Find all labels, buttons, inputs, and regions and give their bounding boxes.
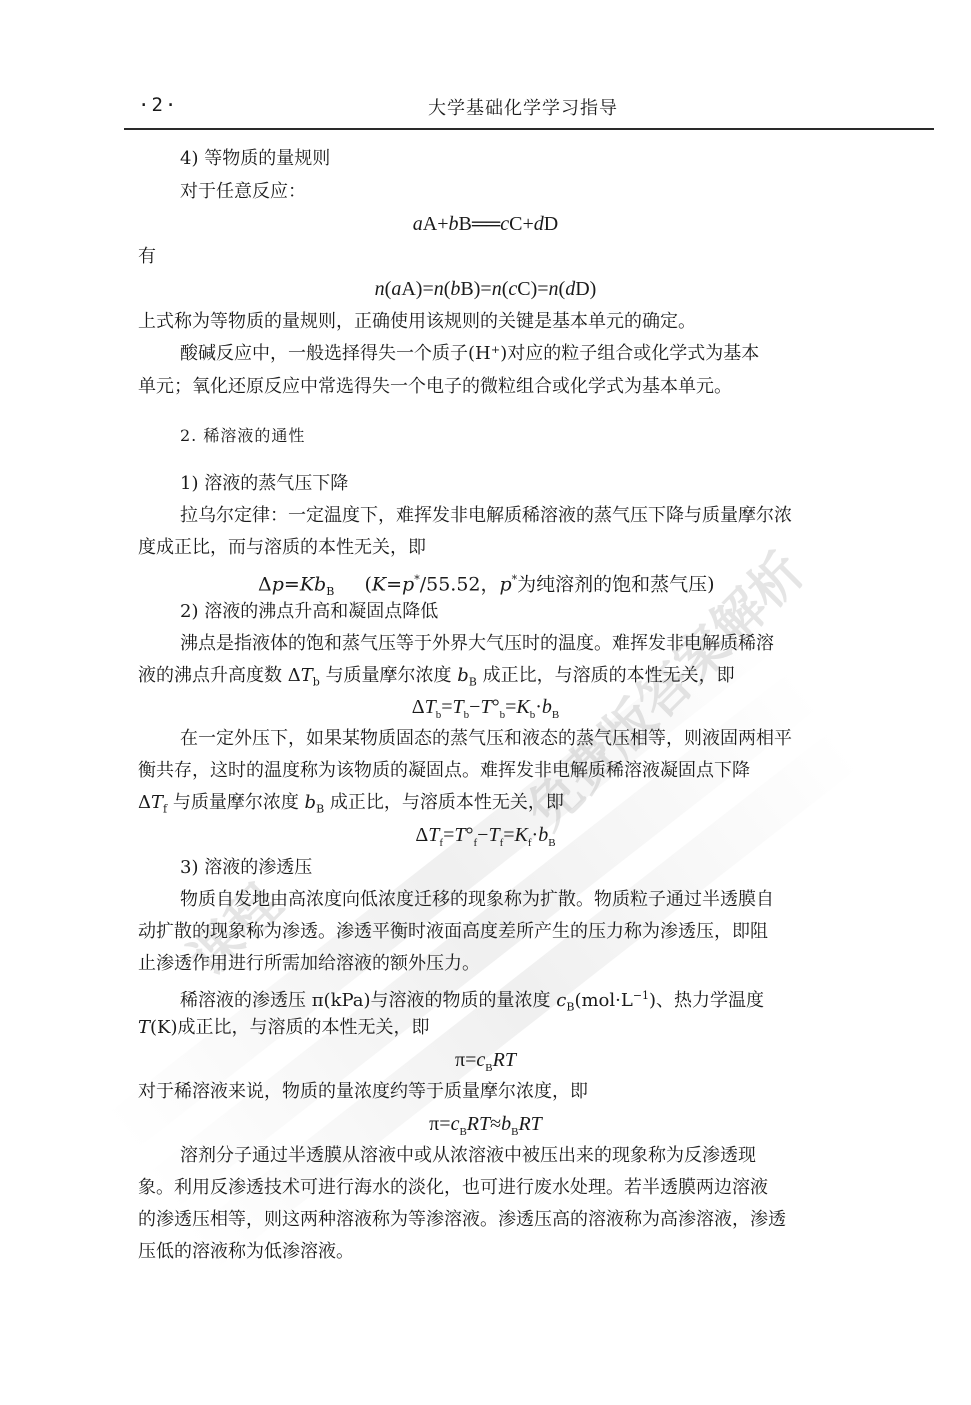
- paragraph-line: 上式称为等物质的量规则，正确使用该规则的关键是基本单元的确定。: [138, 310, 696, 334]
- equation-freezing: ΔTf=T°f−Tf=Kf·bB: [0, 823, 971, 855]
- header-rule: [124, 128, 934, 130]
- document-page: ·2· 大学基础化学学习指导 免费版答案解析 课程 4) 等物质的量规则 对于任…: [0, 0, 971, 1405]
- paragraph-line: 止渗透作用进行所需加给溶液的额外压力。: [138, 952, 480, 976]
- equation-boiling: ΔTb=Tb−T°b=Kb·bB: [0, 695, 971, 727]
- paragraph-line: 对于任意反应：: [180, 180, 306, 204]
- paragraph-line: 动扩散的现象称为渗透。渗透平衡时液面高度差所产生的压力称为渗透压，即阻: [138, 920, 768, 944]
- paragraph-line: 沸点是指液体的饱和蒸气压等于外界大气压时的温度。难挥发非电解质稀溶: [180, 632, 774, 656]
- paragraph-line: 溶剂分子通过半透膜从溶液中或从浓溶液中被压出来的现象称为反渗透现: [180, 1144, 756, 1168]
- paragraph-line: 单元；氧化还原反应中常选得失一个电子的微粒组合或化学式为基本单元。: [138, 375, 732, 399]
- paragraph-line: 酸碱反应中，一般选择得失一个质子(H⁺)对应的粒子组合或化学式为基本: [180, 342, 759, 366]
- paragraph-line: 稀溶液的渗透压 π(kPa)与溶液的物质的量浓度 cB(mol·L−1)、热力学…: [180, 984, 764, 1020]
- subsection-heading: 1) 溶液的蒸气压下降: [180, 472, 348, 496]
- paragraph-line: 压低的溶液称为低渗溶液。: [138, 1240, 354, 1264]
- equation-osmotic: π=cBRT: [0, 1048, 971, 1080]
- paragraph-line: 象。利用反渗透技术可进行海水的淡化，也可进行废水处理。若半透膜两边溶液: [138, 1176, 768, 1200]
- paragraph-line: 对于稀溶液来说，物质的量浓度约等于质量摩尔浓度，即: [138, 1080, 588, 1104]
- paragraph-line: 度成正比，而与溶质的本性无关，即: [138, 536, 426, 560]
- paragraph-line: 液的沸点升高度数 ΔTb 与质量摩尔浓度 bB 成正比，与溶质的本性无关，即: [138, 664, 735, 695]
- paragraph-line: ΔTf 与质量摩尔浓度 bB 成正比，与溶质本性无关，即: [138, 791, 564, 822]
- running-title: 大学基础化学学习指导: [428, 94, 618, 120]
- equation-raoult: Δp=KbB (K=p*/55.52，p*为纯溶剂的饱和蒸气压): [258, 568, 715, 604]
- subsection-heading: 3) 溶液的渗透压: [180, 856, 312, 880]
- equation-osmotic-approx: π=cBRT≈bBRT: [0, 1112, 971, 1144]
- paragraph-line: 物质自发地由高浓度向低浓度迁移的现象称为扩散。物质粒子通过半透膜自: [180, 888, 774, 912]
- subsection-heading: 2) 溶液的沸点升高和凝固点降低: [180, 600, 438, 624]
- page-header: ·2· 大学基础化学学习指导: [138, 94, 930, 128]
- equation-reaction: aA+bB══cC+dD: [0, 212, 971, 236]
- paragraph-line: T(K)成正比，与溶质的本性无关，即: [138, 1016, 430, 1040]
- paragraph-line: 在一定外压下，如果某物质固态的蒸气压和液态的蒸气压相等，则液固两相平: [180, 727, 792, 751]
- equation-equal-moles: n(aA)=n(bB)=n(cC)=n(dD): [0, 277, 971, 301]
- section-heading: 2. 稀溶液的通性: [180, 424, 305, 448]
- paragraph-line: 的渗透压相等，则这两种溶液称为等渗溶液。渗透压高的溶液称为高渗溶液，渗透: [138, 1208, 786, 1232]
- paragraph-line: 衡共存，这时的温度称为该物质的凝固点。难挥发非电解质稀溶液凝固点下降: [138, 759, 750, 783]
- page-number: ·2·: [138, 94, 178, 116]
- paragraph-line: 拉乌尔定律：一定温度下，难挥发非电解质稀溶液的蒸气压下降与质量摩尔浓: [180, 504, 792, 528]
- subsection-heading: 4) 等物质的量规则: [180, 147, 330, 171]
- paragraph-line: 有: [138, 245, 156, 269]
